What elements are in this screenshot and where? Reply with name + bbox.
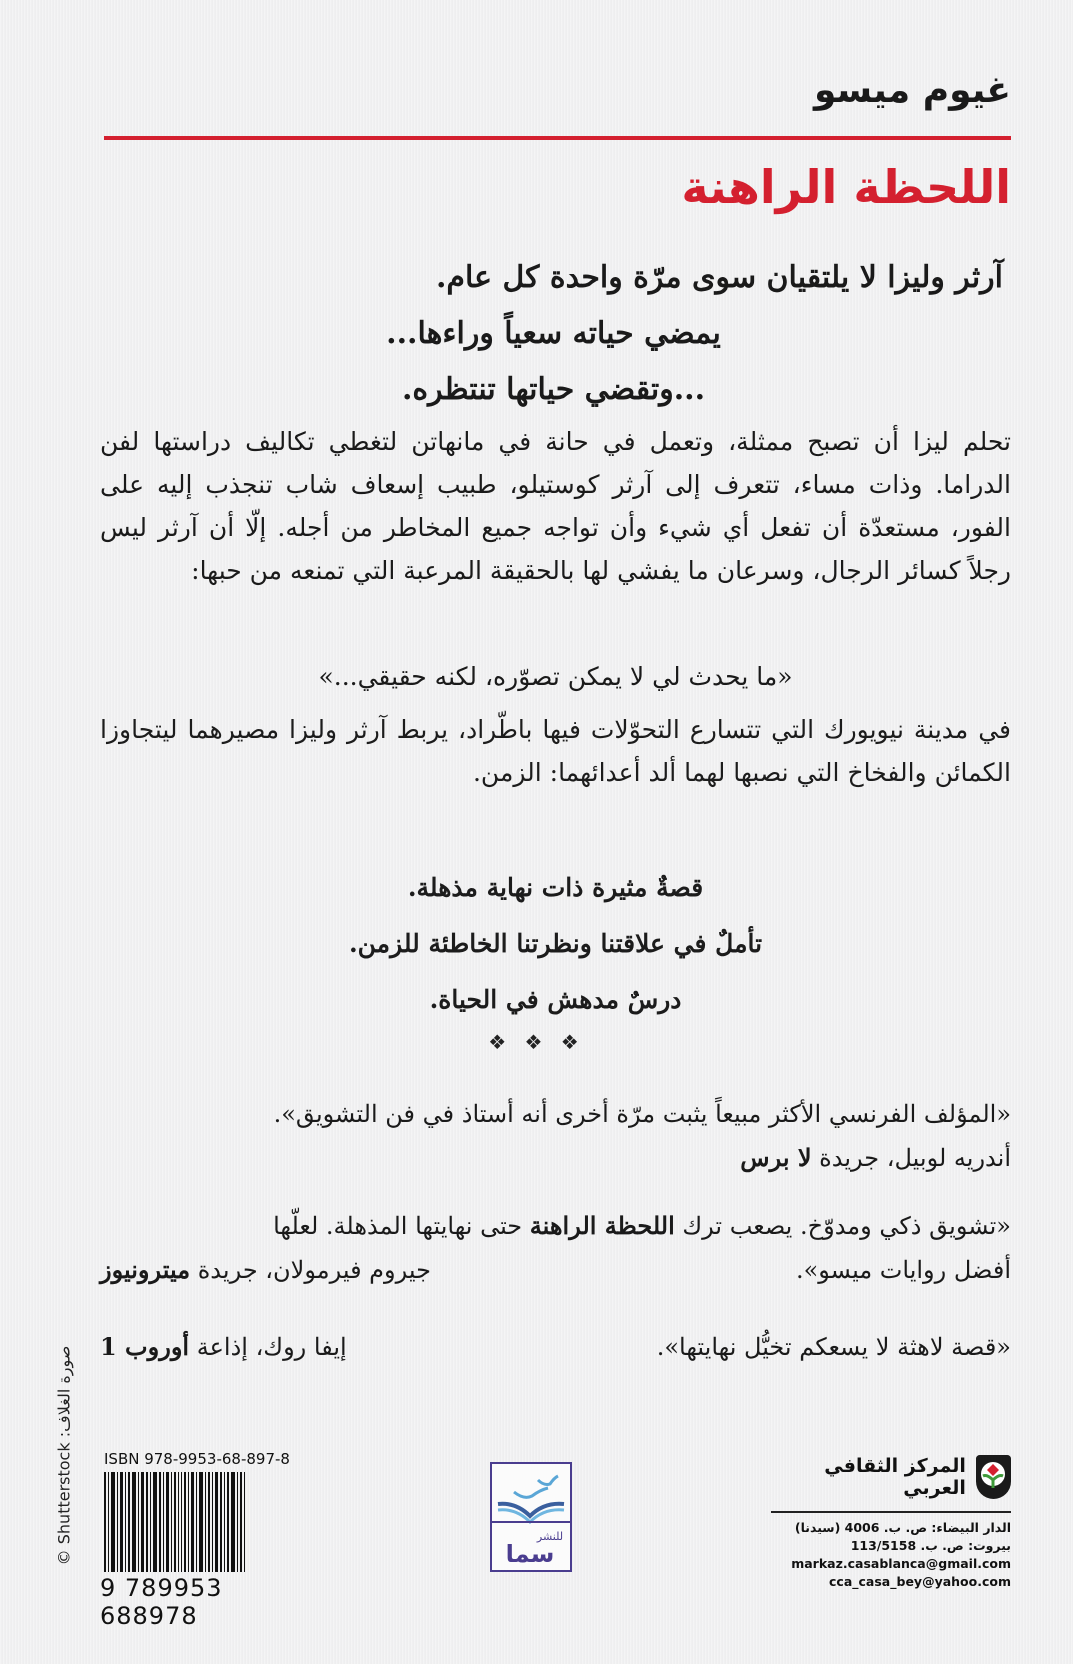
- book-title: اللحظة الراهنة: [681, 160, 1011, 214]
- review-quote-text: «تشويق ذكي ومدوّخ. يصعب ترك: [675, 1212, 1011, 1240]
- review-quote-text: حتى نهايتها المذهلة. لعلّها: [273, 1212, 530, 1240]
- review-source-author: أندريه لوبيل، جريدة: [812, 1144, 1011, 1172]
- publisher-divider: [771, 1511, 1011, 1513]
- publisher-name: المركز الثقافي العربي: [771, 1455, 966, 1499]
- publisher-email: markaz.casablanca@gmail.com: [771, 1555, 1011, 1573]
- tagline: آرثر وليزا لا يلتقيان سوى مرّة واحدة كل …: [104, 250, 1003, 418]
- review: «قصة لاهثة لا يسعكم تخيُّل نهايتها». إيف…: [100, 1325, 1011, 1369]
- review-source-publication: ميترونيوز: [100, 1255, 190, 1284]
- review-source-author: جيروم فيرمولان، جريدة: [190, 1256, 431, 1284]
- review-line: أفضل روايات ميسو». جيروم فيرمولان، جريدة…: [100, 1248, 1011, 1292]
- publisher-address-casablanca: الدار البيضاء: ص. ب. 4006 (سيدنا): [771, 1519, 1011, 1537]
- publisher-flower-logo-icon: [976, 1455, 1011, 1499]
- barcode-bars: [100, 1472, 300, 1572]
- open-book-birds-icon: للنشر سما: [492, 1464, 570, 1570]
- red-divider: [104, 136, 1011, 140]
- isbn-barcode: ISBN 978-9953-68-897-8 9 789953 688978: [100, 1450, 300, 1600]
- book-back-cover: غيوم ميسو اللحظة الراهنة آرثر وليزا لا ي…: [0, 0, 1073, 1664]
- review-quote-title: اللحظة الراهنة: [530, 1211, 675, 1240]
- synopsis-paragraph: في مدينة نيويورك التي تتسارع التحوّلات ف…: [100, 708, 1011, 794]
- author-name: غيوم ميسو: [814, 70, 1011, 111]
- review-line: «قصة لاهثة لا يسعكم تخيُّل نهايتها». إيف…: [100, 1325, 1011, 1369]
- publisher-header: المركز الثقافي العربي: [771, 1455, 1011, 1499]
- review-quote: «قصة لاهثة لا يسعكم تخيُّل نهايتها».: [657, 1325, 1011, 1369]
- review-source-publication: أوروب 1: [100, 1332, 189, 1361]
- isbn-label: ISBN 978-9953-68-897-8: [100, 1450, 300, 1472]
- highlights: قصةٌ مثيرة ذات نهاية مذهلة. تأملٌ في علا…: [100, 860, 1011, 1028]
- publisher-block: المركز الثقافي العربي الدار البيضاء: ص. …: [771, 1455, 1011, 1591]
- tagline-line: آرثر وليزا لا يلتقيان سوى مرّة واحدة كل …: [104, 250, 1003, 306]
- highlight-line: تأملٌ في علاقتنا ونظرتنا الخاطئة للزمن.: [100, 916, 1011, 972]
- publisher-address-beirut: بيروت: ص. ب. 113/5158: [771, 1537, 1011, 1555]
- barcode-digits: 9 789953 688978: [100, 1574, 300, 1630]
- cover-photo-credit-text: © Shutterstock :صورة الغلاف: [55, 1345, 74, 1565]
- review-source-publication: لا برس: [740, 1143, 811, 1172]
- review-source: إيفا روك، إذاعة أوروب 1: [100, 1325, 347, 1369]
- imprint-name: سما: [506, 1540, 555, 1568]
- review-source: جيروم فيرمولان، جريدة ميترونيوز: [100, 1248, 431, 1292]
- cover-photo-credit: © Shutterstock :صورة الغلاف: [44, 1305, 84, 1605]
- sama-imprint-logo: للنشر سما: [490, 1462, 572, 1572]
- tagline-line: ...وتقضي حياتها تنتظره.: [104, 362, 1003, 418]
- review-quote: «تشويق ذكي ومدوّخ. يصعب ترك اللحظة الراه…: [100, 1204, 1011, 1248]
- review-source: أندريه لوبيل، جريدة لا برس: [100, 1136, 1011, 1180]
- highlight-line: درسٌ مدهش في الحياة.: [100, 972, 1011, 1028]
- review-source-author: إيفا روك، إذاعة: [189, 1333, 347, 1361]
- review: «تشويق ذكي ومدوّخ. يصعب ترك اللحظة الراه…: [100, 1204, 1011, 1292]
- highlight-line: قصةٌ مثيرة ذات نهاية مذهلة.: [100, 860, 1011, 916]
- diamond-ornament-icon: ❖ ❖ ❖: [0, 1030, 1073, 1054]
- publisher-email: cca_casa_bey@yahoo.com: [771, 1573, 1011, 1591]
- synopsis-quote: «ما يحدث لي لا يمكن تصوّره، لكنه حقيقي..…: [100, 662, 1011, 691]
- review-quote: «المؤلف الفرنسي الأكثر مبيعاً يثبت مرّة …: [100, 1092, 1011, 1136]
- tagline-line: يمضي حياته سعياً وراءها...: [104, 306, 1003, 362]
- review: «المؤلف الفرنسي الأكثر مبيعاً يثبت مرّة …: [100, 1092, 1011, 1180]
- review-quote-text: أفضل روايات ميسو».: [796, 1248, 1011, 1292]
- synopsis-paragraph: تحلم ليزا أن تصبح ممثلة، وتعمل في حانة ف…: [100, 420, 1011, 592]
